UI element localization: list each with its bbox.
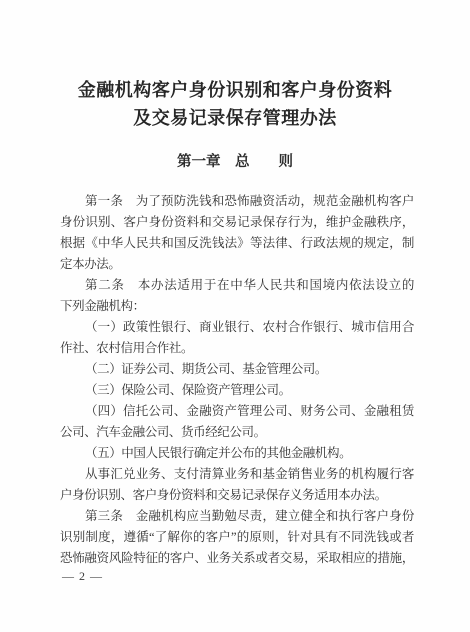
body-line: （一）政策性银行、商业银行、农村合作银行、城市信用合 (60, 317, 414, 338)
document-body: 第一条 为了预防洗钱和恐怖融资活动，规范金融机构客户身份识别、客户身份资料和交易… (60, 191, 414, 569)
body-line: 身份识别、客户身份资料和交易记录保存行为，维护金融秩序， (60, 212, 414, 233)
page-number: — 2 — (62, 569, 103, 584)
body-line: 根据《中华人民共和国反洗钱法》等法律、行政法规的规定，制 (60, 233, 414, 254)
body-line: 公司、汽车金融公司、货币经纪公司。 (60, 422, 414, 443)
body-line: （五）中国人民银行确定并公布的其他金融机构。 (60, 443, 414, 464)
body-line: 第三条 金融机构应当勤勉尽责，建立健全和执行客户身份 (60, 506, 414, 527)
body-line: 第一条 为了预防洗钱和恐怖融资活动，规范金融机构客户 (60, 191, 414, 212)
body-line: 下列金融机构： (60, 296, 414, 317)
body-line: 恐怖融资风险特征的客户、业务关系或者交易，采取相应的措施， (60, 548, 414, 569)
body-line: 作社、农村信用合作社。 (60, 338, 414, 359)
body-line: 从事汇兑业务、支付清算业务和基金销售业务的机构履行客 (60, 464, 414, 485)
body-line: 识别制度，遵循“了解你的客户”的原则，针对具有不同洗钱或者 (60, 527, 414, 548)
document-title: 金融机构客户身份识别和客户身份资料 及交易记录保存管理办法 (0, 76, 470, 132)
body-line: 户身份识别、客户身份资料和交易记录保存义务适用本办法。 (60, 485, 414, 506)
body-line: （三）保险公司、保险资产管理公司。 (60, 380, 414, 401)
chapter-heading: 第一章 总 则 (0, 151, 470, 173)
body-line: （二）证券公司、期货公司、基金管理公司。 (60, 359, 414, 380)
document-title-line2: 及交易记录保存管理办法 (0, 104, 470, 132)
document-title-line1: 金融机构客户身份识别和客户身份资料 (0, 76, 470, 104)
document-page: 金融机构客户身份识别和客户身份资料 及交易记录保存管理办法 第一章 总 则 第一… (0, 0, 470, 632)
body-line: （四）信托公司、金融资产管理公司、财务公司、金融租赁 (60, 401, 414, 422)
body-line: 第二条 本办法适用于在中华人民共和国境内依法设立的 (60, 275, 414, 296)
body-line: 定本办法。 (60, 254, 414, 275)
